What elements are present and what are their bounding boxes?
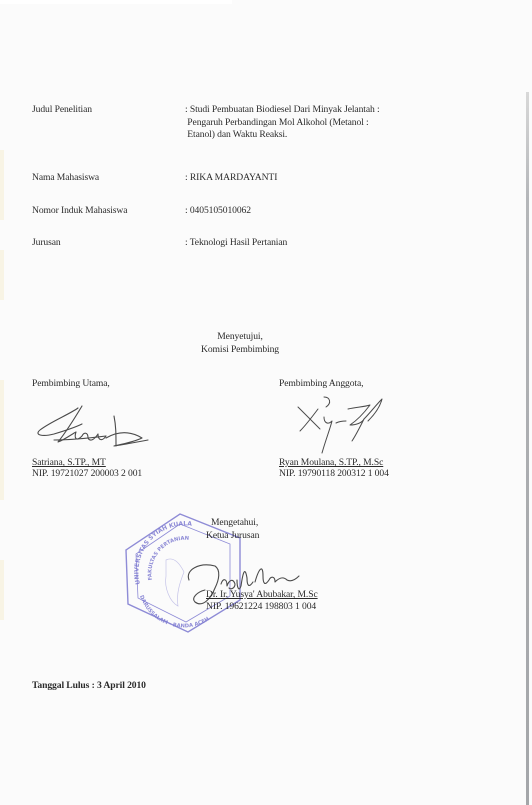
student-id-label: Nomor Induk Mahasiswa [32, 205, 127, 218]
title-value-line-2: Pengaruh Perbandingan Mol Alkohol (Metan… [185, 117, 369, 130]
main-supervisor-signature [30, 400, 170, 460]
department-head-role: Ketua Jurusan [206, 530, 259, 543]
main-supervisor-nip: NIP. 19721027 200003 2 001 [32, 468, 142, 481]
student-id-value: : 0405105010062 [185, 205, 251, 218]
approval-heading: Menyetujui, [140, 331, 340, 344]
scan-top-strip [0, 0, 232, 4]
scan-artifact [0, 150, 4, 220]
page-edge-shadow [526, 92, 529, 805]
title-value-line-1: : Studi Pembuatan Biodiesel Dari Minyak … [185, 104, 380, 117]
scan-artifact [0, 380, 4, 500]
title-value-line-3: Etanol) dan Waktu Reaksi. [185, 129, 287, 142]
department-head-name: Dr. Ir. Yusya' Abubakar, M.Sc [206, 589, 318, 602]
department-label: Jurusan [32, 237, 61, 250]
department-value: : Teknologi Hasil Pertanian [185, 237, 287, 250]
member-supervisor-role: Pembimbing Anggota, [279, 378, 363, 391]
scan-artifact [0, 560, 4, 620]
committee-heading: Komisi Pembimbing [140, 344, 340, 357]
member-supervisor-signature [290, 395, 410, 460]
department-head-nip: NIP. 19621224 198803 1 004 [206, 601, 316, 614]
main-supervisor-role: Pembimbing Utama, [32, 378, 110, 391]
acknowledgement-heading: Mengetahui, [211, 517, 258, 530]
scan-artifact [0, 250, 4, 300]
title-label: Judul Penelitian [32, 104, 92, 117]
member-supervisor-nip: NIP. 19790118 200312 1 004 [279, 468, 389, 481]
graduation-date: Tanggal Lulus : 3 April 2010 [32, 680, 146, 693]
student-name-value: : RIKA MARDAYANTI [185, 172, 277, 185]
student-name-label: Nama Mahasiswa [32, 172, 99, 185]
document-page: Judul Penelitian : Studi Pembuatan Biodi… [0, 0, 532, 805]
